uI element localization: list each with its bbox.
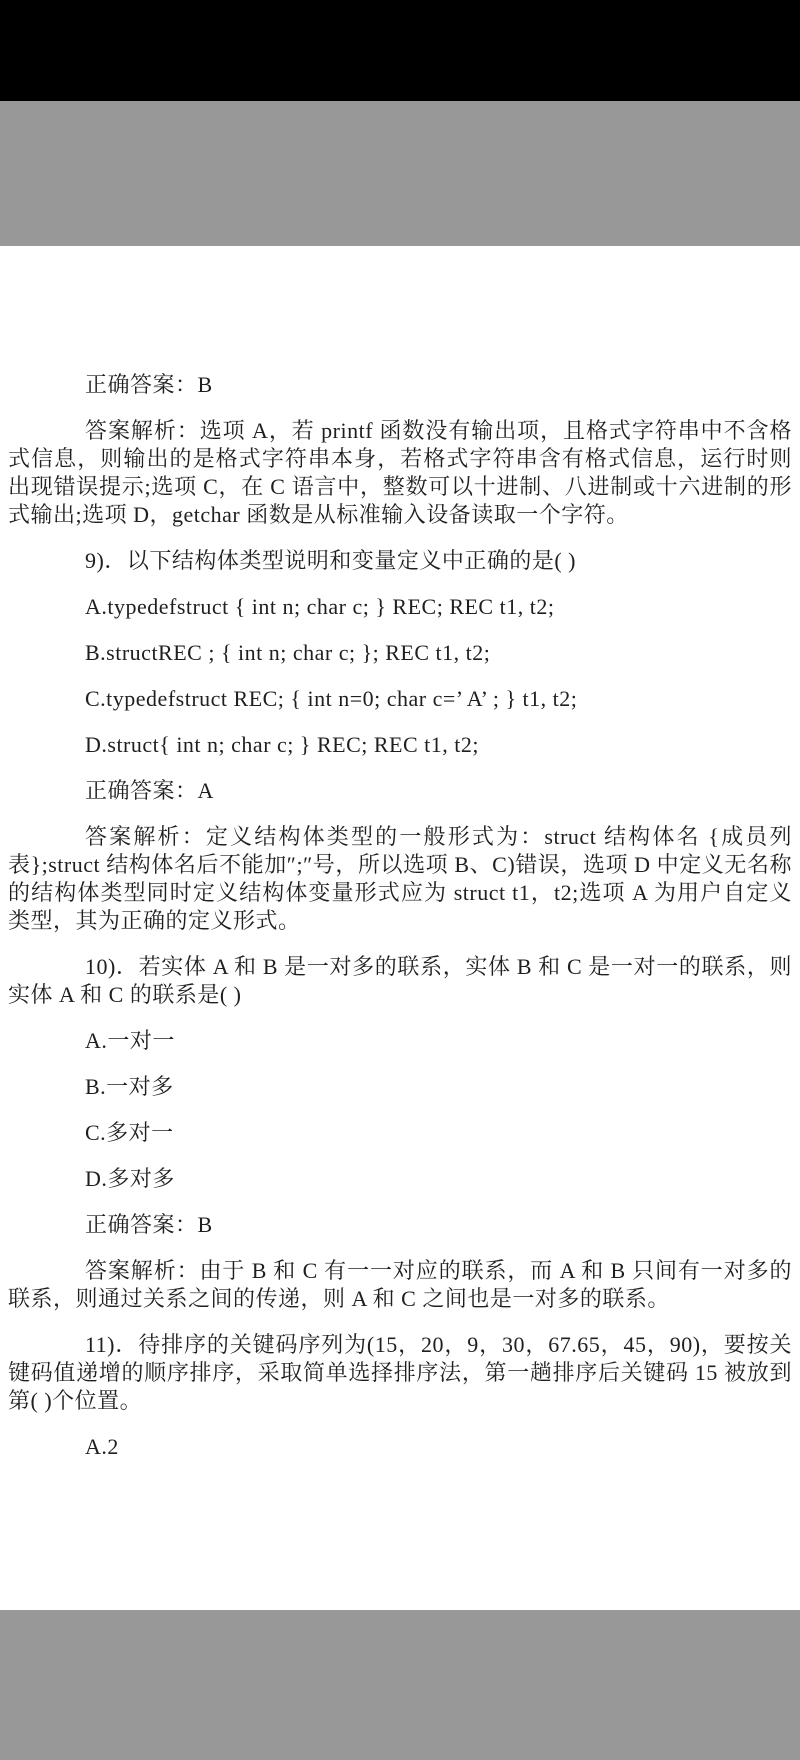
question-10-option-c: C.多对一: [8, 1119, 792, 1147]
page-canvas-margin-top: [0, 101, 800, 246]
question-10-option-a: A.一对一: [8, 1027, 792, 1055]
question-9-explanation: 答案解析：定义结构体类型的一般形式为：struct 结构体名 {成员列表};st…: [8, 823, 792, 935]
document-page: 正确答案：B 答案解析：选项 A，若 printf 函数没有输出项，且格式字符串…: [0, 246, 800, 1610]
prev-question-answer: 正确答案：B: [8, 371, 792, 399]
document-viewer-screen: 正确答案：B 答案解析：选项 A，若 printf 函数没有输出项，且格式字符串…: [0, 0, 800, 1760]
question-11-option-a: A.2: [8, 1433, 792, 1461]
question-10-stem: 10)．若实体 A 和 B 是一对多的联系，实体 B 和 C 是一对一的联系，则…: [8, 953, 792, 1009]
question-9-option-d: D.struct{ int n; char c; } REC; REC t1, …: [8, 731, 792, 759]
question-9-option-c: C.typedefstruct REC; { int n=0; char c=’…: [8, 685, 792, 713]
question-9-stem: 9)．以下结构体类型说明和变量定义中正确的是( ): [8, 547, 792, 575]
question-10-explanation: 答案解析：由于 B 和 C 有一一对应的联系，而 A 和 B 只间有一对多的联系…: [8, 1257, 792, 1313]
question-9-option-a: A.typedefstruct { int n; char c; } REC; …: [8, 593, 792, 621]
question-9-answer: 正确答案：A: [8, 777, 792, 805]
question-10-option-d: D.多对多: [8, 1165, 792, 1193]
question-10-option-b: B.一对多: [8, 1073, 792, 1101]
prev-question-explanation: 答案解析：选项 A，若 printf 函数没有输出项，且格式字符串中不含格式信息…: [8, 417, 792, 529]
top-black-bar: [0, 0, 800, 101]
question-10-answer: 正确答案：B: [8, 1211, 792, 1239]
question-11-stem: 11)．待排序的关键码序列为(15，20，9，30，67.65，45，90)，要…: [8, 1331, 792, 1415]
question-9-option-b: B.structREC ; { int n; char c; }; REC t1…: [8, 639, 792, 667]
page-canvas-margin-bottom: [0, 1610, 800, 1760]
